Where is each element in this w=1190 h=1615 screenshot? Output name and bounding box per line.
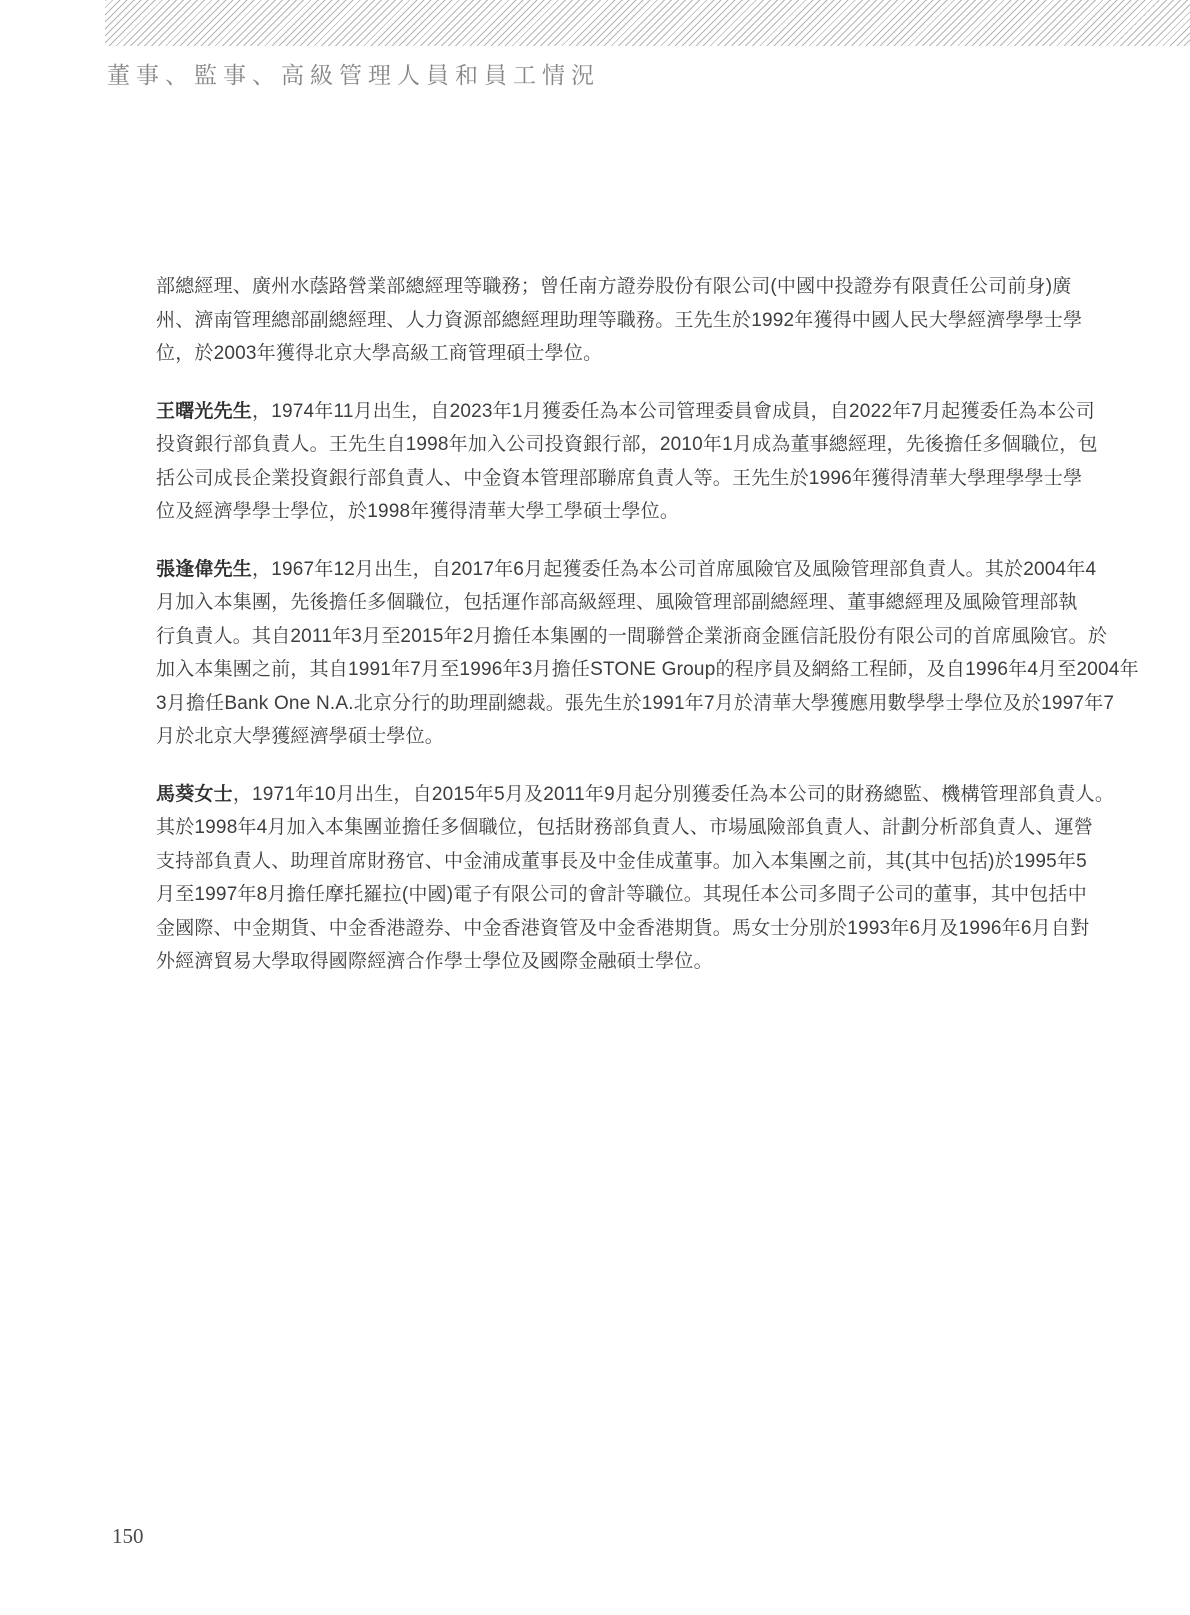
bio-paragraph: 馬葵女士，1971年10月出生，自2015年5月及2011年9月起分別獲委任為本…	[156, 778, 1091, 979]
bio-paragraph: 部總經理、廣州水蔭路營業部總經理等職務；曾任南方證券股份有限公司(中國中投證券有…	[156, 270, 1091, 371]
text-line: 州、濟南管理總部副總經理、人力資源部總經理助理等職務。王先生於1992年獲得中國…	[156, 304, 1091, 338]
text-line: 3月擔任Bank One N.A.北京分行的助理副總裁。張先生於1991年7月於…	[156, 687, 1091, 721]
text-line: 月加入本集團，先後擔任多個職位，包括運作部高級經理、風險管理部副總經理、董事總經…	[156, 586, 1091, 620]
hatch-banner	[105, 0, 1190, 46]
page-title: 董事、監事、高級管理人員和員工情況	[107, 57, 600, 90]
text-line: 月至1997年8月擔任摩托羅拉(中國)電子有限公司的會計等職位。其現任本公司多間…	[156, 878, 1091, 912]
text-line: 其於1998年4月加入本集團並擔任多個職位，包括財務部負責人、市場風險部負責人、…	[156, 811, 1091, 845]
text-line: 投資銀行部負責人。王先生自1998年加入公司投資銀行部，2010年1月成為董事總…	[156, 428, 1091, 462]
text-line: 加入本集團之前，其自1991年7月至1996年3月擔任STONE Group的程…	[156, 653, 1091, 687]
text-line: 王曙光先生，1974年11月出生，自2023年1月獲委任為本公司管理委員會成員，…	[156, 395, 1091, 429]
text-line: 括公司成長企業投資銀行部負責人、中金資本管理部聯席負責人等。王先生於1996年獲…	[156, 462, 1091, 496]
bio-paragraph: 張逢偉先生，1967年12月出生，自2017年6月起獲委任為本公司首席風險官及風…	[156, 553, 1091, 754]
text-line: 部總經理、廣州水蔭路營業部總經理等職務；曾任南方證券股份有限公司(中國中投證券有…	[156, 270, 1091, 304]
text-line: 位及經濟學學士學位，於1998年獲得清華大學工學碩士學位。	[156, 495, 1091, 529]
text-line: 支持部負責人、助理首席財務官、中金浦成董事長及中金佳成董事。加入本集團之前，其(…	[156, 845, 1091, 879]
bio-paragraph: 王曙光先生，1974年11月出生，自2023年1月獲委任為本公司管理委員會成員，…	[156, 395, 1091, 529]
text-line: 金國際、中金期貨、中金香港證券、中金香港資管及中金香港期貨。馬女士分別於1993…	[156, 912, 1091, 946]
person-name: 王曙光先生	[156, 401, 252, 422]
text-line: 行負責人。其自2011年3月至2015年2月擔任本集團的一間聯營企業浙商金匯信託…	[156, 620, 1091, 654]
document-page: 董事、監事、高級管理人員和員工情況 部總經理、廣州水蔭路營業部總經理等職務；曾任…	[0, 0, 1190, 1615]
biography-content: 部總經理、廣州水蔭路營業部總經理等職務；曾任南方證券股份有限公司(中國中投證券有…	[156, 270, 1091, 1003]
text-line: 張逢偉先生，1967年12月出生，自2017年6月起獲委任為本公司首席風險官及風…	[156, 553, 1091, 587]
text-line: 月於北京大學獲經濟學碩士學位。	[156, 720, 1091, 754]
text-line: 馬葵女士，1971年10月出生，自2015年5月及2011年9月起分別獲委任為本…	[156, 778, 1091, 812]
page-number: 150	[112, 1524, 144, 1549]
text-line: 位，於2003年獲得北京大學高級工商管理碩士學位。	[156, 337, 1091, 371]
person-name: 馬葵女士	[156, 784, 233, 805]
text-line: 外經濟貿易大學取得國際經濟合作學士學位及國際金融碩士學位。	[156, 945, 1091, 979]
person-name: 張逢偉先生	[156, 559, 252, 580]
